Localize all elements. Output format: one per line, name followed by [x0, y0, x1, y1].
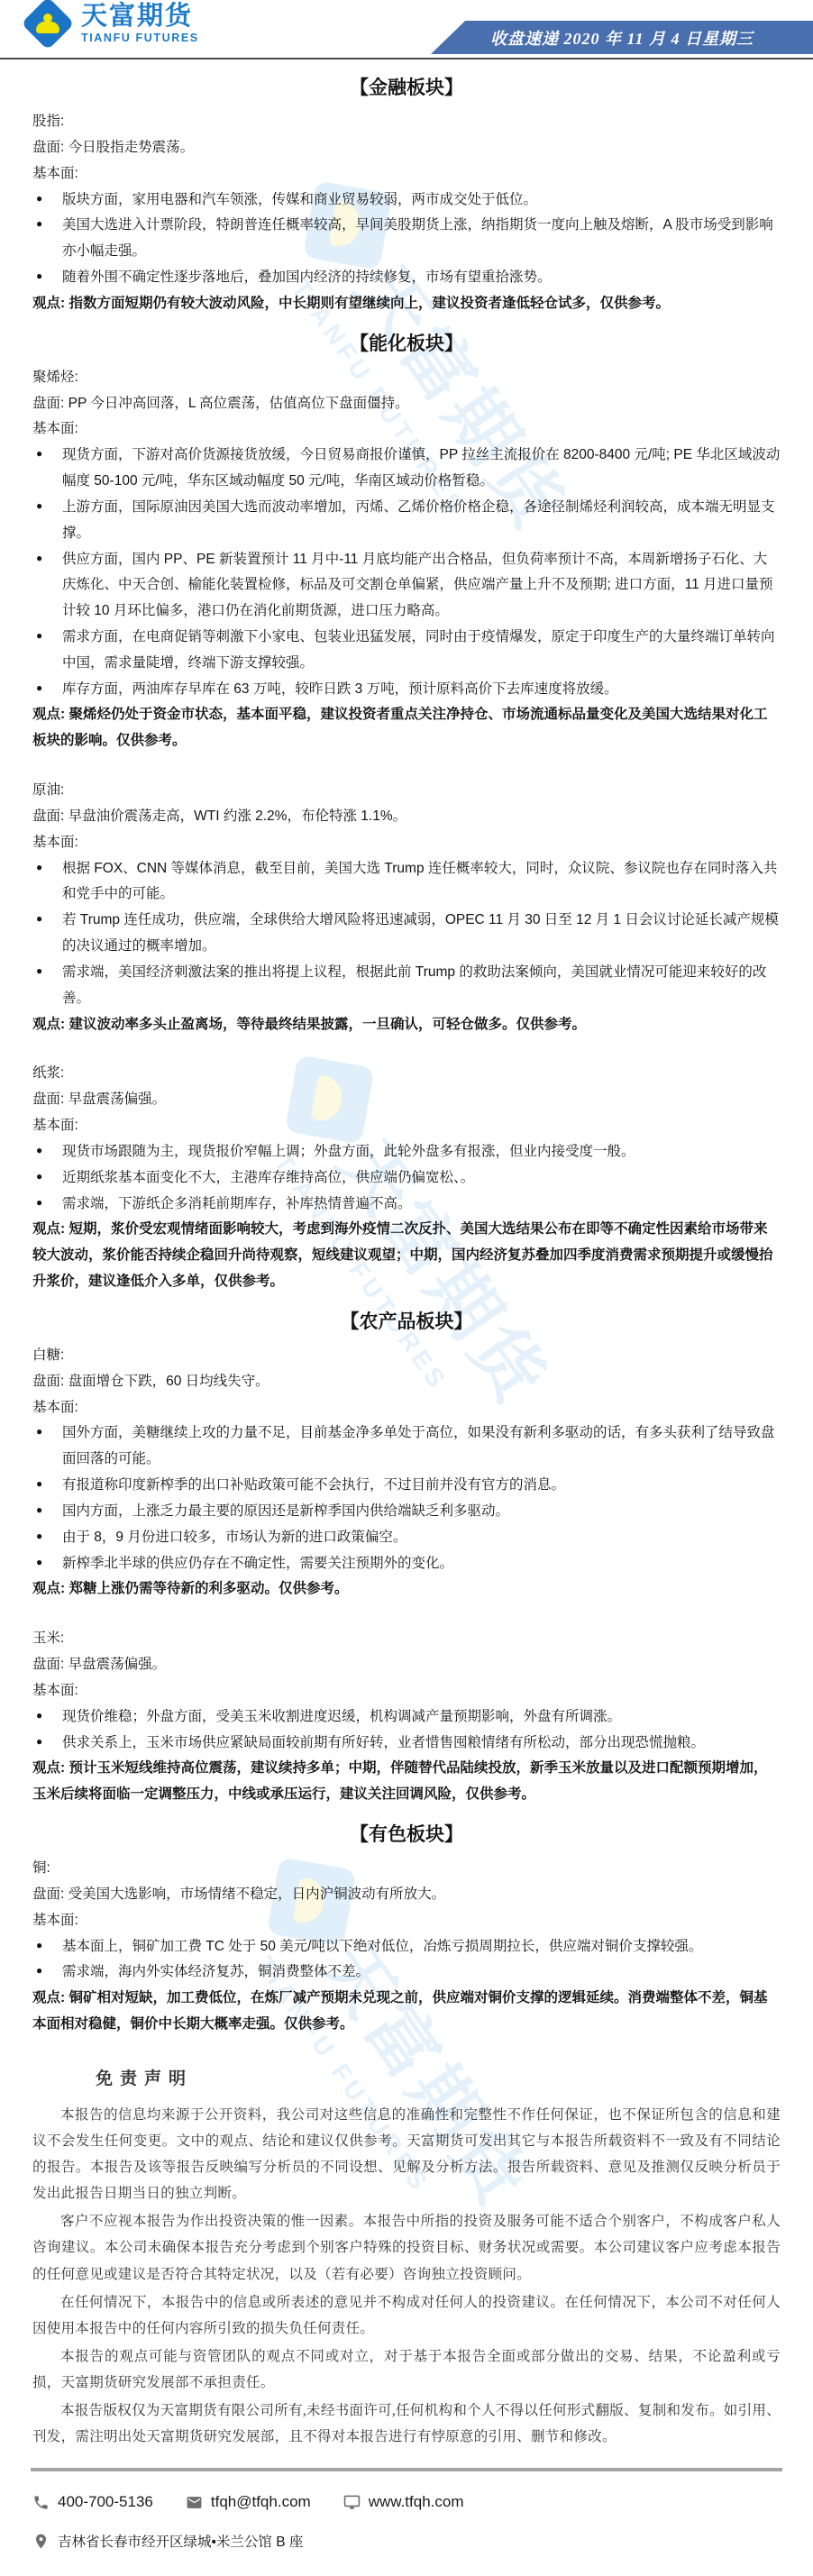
commodity-name: 股指:: [32, 109, 781, 135]
pan-line: 盘面: 早盘震荡偏强。: [32, 1087, 781, 1113]
bullet-item: 有报道称印度新榨季的出口补贴政策可能不会执行，不过目前并没有官方的消息。: [32, 1473, 781, 1499]
pan-line: 盘面: 早盘震荡偏强。: [32, 1652, 781, 1678]
commodity-name: 纸浆:: [32, 1061, 781, 1087]
report-sections: 【金融板块】股指:盘面: 今日股指走势震荡。基本面:版块方面，家用电器和汽车领涨…: [0, 59, 813, 2038]
section-title: 【金融板块】: [32, 70, 781, 105]
bullet-list: 版块方面，家用电器和汽车领涨，传媒和商业贸易较弱，两市成交处于低位。美国大选进入…: [32, 187, 781, 291]
pan-line: 盘面: 今日股指走势震荡。: [32, 135, 781, 161]
pan-line: 盘面: 受美国大选影响，市场情绪不稳定，日内沪铜波动有所放大。: [32, 1882, 781, 1908]
viewpoint-line: 观点: 郑糖上涨仍需等待新的利多驱动。仅供参考。: [32, 1576, 781, 1603]
report-header: 天富期货 TIANFU FUTURES 收盘速递 2020 年 11 月 4 日…: [0, 0, 813, 59]
commodity-name: 铜:: [32, 1856, 781, 1882]
commodity-block: 原油:盘面: 早盘油价震荡走高，WTI 约涨 2.2%，布伦特涨 1.1%。基本…: [32, 778, 781, 1037]
bullet-item: 库存方面，两油库存早库在 63 万吨，较昨日跌 3 万吨，预计原料高价下去库速度…: [32, 677, 781, 703]
phone-contact: 400-700-5136: [32, 2493, 153, 2511]
disclaimer-paragraphs: 本报告的信息均来源于公开资料，我公司对这些信息的准确性和完整性不作任何保证，也不…: [32, 2102, 781, 2451]
bullet-item: 基本面上，铜矿加工费 TC 处于 50 美元/吨以下绝对低位，冶炼亏损周期拉长，…: [32, 1934, 781, 1960]
disclaimer-paragraph: 本报告的信息均来源于公开资料，我公司对这些信息的准确性和完整性不作任何保证，也不…: [32, 2102, 781, 2207]
pan-line: 盘面: PP 今日冲高回落，L 高位震荡，估值高位下盘面僵持。: [32, 391, 781, 417]
disclaimer-title: 免责声明: [96, 2065, 781, 2089]
logo-name-en: TIANFU FUTURES: [81, 32, 199, 44]
bullet-item: 国内方面，上涨乏力最主要的原因还是新榨季国内供给端缺乏利多驱动。: [32, 1499, 781, 1525]
commodity-name: 原油:: [32, 778, 781, 804]
logo-diamond-icon: [21, 0, 74, 50]
address-row: 吉林省长春市经开区绿城•米兰公馆 B 座: [32, 2531, 781, 2551]
bullet-item: 国外方面，美糖继续上攻的力量不足，目前基金净多单处于高位，如果没有新利多驱动的话…: [32, 1420, 781, 1473]
bullet-item: 现货市场跟随为主，现货报价窄幅上调；外盘方面，此轮外盘多有报涨，但业内接受度一般…: [32, 1139, 781, 1165]
bullet-list: 基本面上，铜矿加工费 TC 处于 50 美元/吨以下绝对低位，冶炼亏损周期拉长，…: [32, 1934, 781, 1987]
commodity-block: 股指:盘面: 今日股指走势震荡。基本面:版块方面，家用电器和汽车领涨，传媒和商业…: [32, 109, 781, 317]
logo-figure-icon: [36, 14, 59, 33]
viewpoint-line: 观点: 短期，浆价受宏观情绪面影响较大，考虑到海外疫情二次反扑、美国大选结果公布…: [32, 1217, 781, 1294]
company-logo: 天富期货 TIANFU FUTURES: [29, 4, 199, 44]
bullet-list: 现货方面，下游对高价货源接货放缓，今日贸易商报价谨慎，PP 拉丝主流报价在 82…: [32, 443, 781, 702]
viewpoint-line: 观点: 聚烯烃仍处于资金市状态，基本面平稳，建议投资者重点关注净持仓、市场流通标…: [32, 702, 781, 754]
fundamental-label: 基本面:: [32, 161, 781, 187]
email-address: tfqh@tfqh.com: [211, 2493, 311, 2511]
pan-line: 盘面: 早盘油价震荡走高，WTI 约涨 2.2%，布伦特涨 1.1%。: [32, 804, 781, 830]
commodity-block: 白糖:盘面: 盘面增仓下跌，60 日均线失守。基本面:国外方面，美糖继续上攻的力…: [32, 1343, 781, 1603]
bullet-list: 根据 FOX、CNN 等媒体消息，截至目前，美国大选 Trump 连任概率较大，…: [32, 856, 781, 1012]
bullet-item: 美国大选进入计票阶段，特朗普连任概率较高，早间美股期货上涨，纳指期货一度向上触及…: [32, 213, 781, 265]
fundamental-label: 基本面:: [32, 1908, 781, 1934]
phone-icon: [32, 2494, 50, 2511]
bullet-item: 现货方面，下游对高价货源接货放缓，今日贸易商报价谨慎，PP 拉丝主流报价在 82…: [32, 443, 781, 495]
disclaimer-paragraph: 本报告版权仅为天富期货有限公司所有,未经书面许可,任何机构和个人不得以任何形式翻…: [32, 2398, 781, 2450]
location-icon: [32, 2533, 50, 2550]
viewpoint-line: 观点: 铜矿相对短缺，加工费低位，在炼厂减产预期未兑现之前，供应端对铜价支撑的逻…: [32, 1986, 781, 2038]
bullet-item: 需求端，美国经济刺激法案的推出将提上议程，根据此前 Trump 的救助法案倾向，…: [32, 960, 781, 1012]
commodity-name: 聚烯烃:: [32, 365, 781, 391]
commodity-name: 白糖:: [32, 1343, 781, 1369]
website-url: www.tfqh.com: [369, 2493, 464, 2511]
fundamental-label: 基本面:: [32, 416, 781, 443]
bullet-item: 新榨季北半球的供应仍存在不确定性，需要关注预期外的变化。: [32, 1551, 781, 1577]
bullet-list: 国外方面，美糖继续上攻的力量不足，目前基金净多单处于高位，如果没有新利多驱动的话…: [32, 1420, 781, 1576]
fundamental-label: 基本面:: [32, 830, 781, 856]
commodity-block: 纸浆:盘面: 早盘震荡偏强。基本面:现货市场跟随为主，现货报价窄幅上调；外盘方面…: [32, 1061, 781, 1294]
viewpoint-line: 观点: 预计玉米短线维持高位震荡，建议续持多单；中期，伴随替代品陆续投放，新季玉…: [32, 1756, 781, 1808]
company-address: 吉林省长春市经开区绿城•米兰公馆 B 座: [58, 2531, 303, 2551]
bullet-item: 近期纸浆基本面变化不大，主港库存维持高位，供应端仍偏宽松、。: [32, 1165, 781, 1192]
logo-name-cn: 天富期货: [81, 4, 199, 30]
bullet-item: 若 Trump 连任成功，供应端，全球供给大增风险将迅速减弱，OPEC 11 月…: [32, 908, 781, 960]
pan-line: 盘面: 盘面增仓下跌，60 日均线失守。: [32, 1369, 781, 1395]
bullet-item: 需求方面，在电商促销等刺激下小家电、包装业迅猛发展，同时由于疫情爆发，原定于印度…: [32, 625, 781, 677]
commodity-block: 玉米:盘面: 早盘震荡偏强。基本面:现货价维稳；外盘方面，受美玉米收割进度迟缓，…: [32, 1626, 781, 1808]
fundamental-label: 基本面:: [32, 1113, 781, 1139]
bullet-item: 供求关系上，玉米市场供应紧缺局面较前期有所好转，业者惜售囤粮情绪有所松动，部分出…: [32, 1731, 781, 1757]
section-title: 【有色板块】: [32, 1817, 781, 1852]
website-icon: [343, 2494, 361, 2511]
bullet-item: 根据 FOX、CNN 等媒体消息，截至目前，美国大选 Trump 连任概率较大，…: [32, 856, 781, 909]
commodity-block: 铜:盘面: 受美国大选影响，市场情绪不稳定，日内沪铜波动有所放大。基本面:基本面…: [32, 1856, 781, 2038]
bullet-item: 现货价维稳；外盘方面，受美玉米收割进度迟缓，机构调减产量预期影响，外盘有所调涨。: [32, 1704, 781, 1731]
phone-number: 400-700-5136: [58, 2493, 153, 2511]
bullet-item: 版块方面，家用电器和汽车领涨，传媒和商业贸易较弱，两市成交处于低位。: [32, 187, 781, 214]
section-title: 【能化板块】: [32, 326, 781, 361]
report-date-banner: 收盘速递 2020 年 11 月 4 日星期三: [431, 21, 813, 54]
commodity-block: 聚烯烃:盘面: PP 今日冲高回落，L 高位震荡，估值高位下盘面僵持。基本面:现…: [32, 365, 781, 754]
disclaimer-section: 免责声明 本报告的信息均来源于公开资料，我公司对这些信息的准确性和完整性不作任何…: [0, 2065, 813, 2451]
report-page: 天富期货 TIANFU FUTURES 天富期货 TIANFU FUTURES …: [0, 0, 813, 2576]
disclaimer-paragraph: 在任何情况下，本报告中的信息或所表述的意见并不构成对任何人的投资建议。在任何情况…: [32, 2289, 781, 2342]
viewpoint-line: 观点: 指数方面短期仍有较大波动风险，中长期则有望继续向上，建议投资者逢低轻仓试…: [32, 291, 781, 317]
logo-text: 天富期货 TIANFU FUTURES: [81, 4, 199, 44]
website-contact: www.tfqh.com: [343, 2493, 464, 2511]
section-title: 【农产品板块】: [32, 1304, 781, 1339]
bullet-item: 由于 8，9 月份进口较多，市场认为新的进口政策偏空。: [32, 1525, 781, 1551]
bullet-item: 随着外围不确定性逐步落地后，叠加国内经济的持续修复，市场有望重拾涨势。: [32, 265, 781, 291]
email-contact: tfqh@tfqh.com: [186, 2493, 311, 2511]
bullet-list: 现货价维稳；外盘方面，受美玉米收割进度迟缓，机构调减产量预期影响，外盘有所调涨。…: [32, 1704, 781, 1757]
fundamental-label: 基本面:: [32, 1678, 781, 1704]
report-footer: 400-700-5136 tfqh@tfqh.com www.tfqh.com …: [0, 2471, 813, 2576]
bullet-item: 需求端，下游纸企多消耗前期库存，补库热情普遍不高。: [32, 1192, 781, 1218]
disclaimer-paragraph: 客户不应视本报告为作出投资决策的惟一因素。本报告中所指的投资及服务可能不适合个别…: [32, 2208, 781, 2287]
report-date-text: 收盘速递 2020 年 11 月 4 日星期三: [490, 26, 754, 50]
disclaimer-paragraph: 本报告的观点可能与资管团队的观点不同或对立，对于基于本报告全面或部分做出的交易、…: [32, 2343, 781, 2396]
contact-row: 400-700-5136 tfqh@tfqh.com www.tfqh.com: [32, 2493, 781, 2511]
fundamental-label: 基本面:: [32, 1395, 781, 1421]
bullet-item: 需求端，海内外实体经济复苏，铜消费整体不差。: [32, 1959, 781, 1986]
bullet-item: 上游方面，国际原油因美国大选而波动率增加，丙烯、乙烯价格价格企稳，各途径制烯烃利…: [32, 495, 781, 547]
commodity-name: 玉米:: [32, 1626, 781, 1652]
bullet-item: 供应方面，国内 PP、PE 新装置预计 11 月中-11 月底均能产出合格品，但…: [32, 547, 781, 625]
viewpoint-line: 观点: 建议波动率多头止盈离场，等待最终结果披露，一旦确认，可轻仓做多。仅供参考…: [32, 1012, 781, 1038]
bullet-list: 现货市场跟随为主，现货报价窄幅上调；外盘方面，此轮外盘多有报涨，但业内接受度一般…: [32, 1139, 781, 1217]
email-icon: [186, 2494, 203, 2511]
